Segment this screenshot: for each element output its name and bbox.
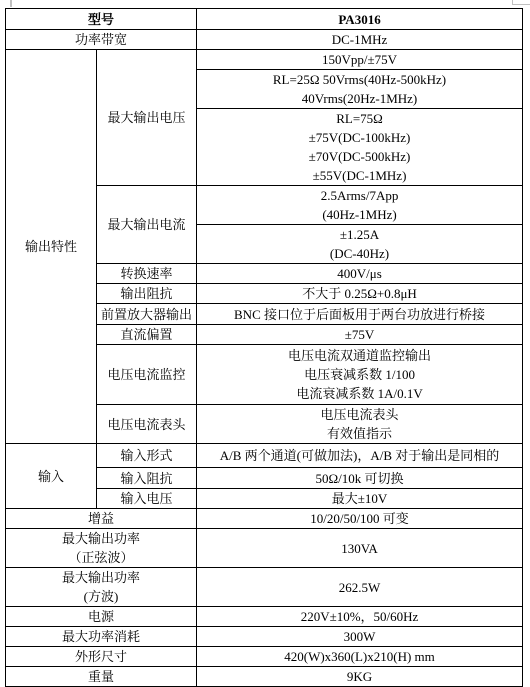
bandwidth-label-cell: 功率带宽 — [6, 30, 197, 50]
output-impedance-value-cell: 不大于 0.25Ω+0.8μH — [197, 284, 523, 304]
row-gain: 增益 10/20/50/100 可变 — [6, 509, 523, 529]
weight-value-cell: 9KG — [197, 667, 523, 687]
monitor-value-cell: 电压电流双通道监控输出 电压衰减系数 1/100 电流衰减系数 1A/0.1V — [197, 345, 523, 405]
max-power-square-label-cell: 最大输出功率 (方波) — [6, 568, 197, 607]
max-current-label-cell: 最大输出电流 — [97, 186, 197, 264]
row-model: 型号 PA3016 — [6, 9, 523, 30]
max-consumption-label-cell: 最大功率消耗 — [6, 627, 197, 647]
slew-rate-label-cell: 转换速率 — [97, 264, 197, 284]
dimensions-label-cell: 外形尺寸 — [6, 647, 197, 667]
max-voltage-value1-cell: 150Vpp/±75V — [197, 50, 523, 70]
input-group-cell: 输入 — [6, 444, 97, 509]
max-voltage-label-cell: 最大输出电压 — [97, 50, 197, 186]
input-form-label-cell: 输入形式 — [97, 444, 197, 468]
max-voltage-value2-cell: RL=25Ω 50Vrms(40Hz-500kHz) 40Vrms(20Hz-1… — [197, 70, 523, 109]
input-impedance-label-cell: 输入阻抗 — [97, 468, 197, 489]
row-max-consumption: 最大功率消耗 300W — [6, 627, 523, 647]
dc-offset-value-cell: ±75V — [197, 325, 523, 345]
max-power-sine-value-cell: 130VA — [197, 529, 523, 568]
monitor-label-cell: 电压电流监控 — [97, 345, 197, 405]
meter-value-cell: 电压电流表头 有效值指示 — [197, 405, 523, 444]
gain-label-cell: 增益 — [6, 509, 197, 529]
power-supply-label-cell: 电源 — [6, 607, 197, 627]
max-current-value1-cell: 2.5Arms/7App (40Hz-1MHz) — [197, 186, 523, 225]
dc-offset-label-cell: 直流偏置 — [97, 325, 197, 345]
row-dimensions: 外形尺寸 420(W)x360(L)x210(H) mm — [6, 647, 523, 667]
weight-label-cell: 重量 — [6, 667, 197, 687]
output-group-cell: 输出特性 — [6, 50, 97, 444]
row-weight: 重量 9KG — [6, 667, 523, 687]
row-input-form: 输入 输入形式 A/B 两个通道(可做加法)，A/B 对于输出是同相的 — [6, 444, 523, 468]
grid-artifact-top-right-horizontal — [512, 4, 530, 5]
input-voltage-value-cell: 最大±10V — [197, 489, 523, 509]
preamp-output-label-cell: 前置放大器输出 — [97, 304, 197, 325]
bandwidth-value-cell: DC-1MHz — [197, 30, 523, 50]
input-form-value-cell: A/B 两个通道(可做加法)，A/B 对于输出是同相的 — [197, 444, 523, 468]
model-value-cell: PA3016 — [197, 9, 523, 30]
max-consumption-value-cell: 300W — [197, 627, 523, 647]
max-voltage-value3-cell: RL=75Ω ±75V(DC-100kHz) ±70V(DC-500kHz) ±… — [197, 109, 523, 186]
gain-value-cell: 10/20/50/100 可变 — [197, 509, 523, 529]
max-power-square-value-cell: 262.5W — [197, 568, 523, 607]
max-current-value2-cell: ±1.25A (DC-40Hz) — [197, 225, 523, 264]
row-bandwidth: 功率带宽 DC-1MHz — [6, 30, 523, 50]
max-power-sine-label-cell: 最大输出功率 （正弦波） — [6, 529, 197, 568]
row-max-power-sine: 最大输出功率 （正弦波） 130VA — [6, 529, 523, 568]
preamp-output-value-cell: BNC 接口位于后面板用于两台功放进行桥接 — [197, 304, 523, 325]
slew-rate-value-cell: 400V/μs — [197, 264, 523, 284]
dimensions-value-cell: 420(W)x360(L)x210(H) mm — [197, 647, 523, 667]
spec-table: 型号 PA3016 功率带宽 DC-1MHz 输出特性 最大输出电压 150Vp… — [5, 8, 523, 687]
meter-label-cell: 电压电流表头 — [97, 405, 197, 444]
input-voltage-label-cell: 输入电压 — [97, 489, 197, 509]
grid-artifact-top-left — [10, 0, 12, 7]
row-max-voltage-1: 输出特性 最大输出电压 150Vpp/±75V — [6, 50, 523, 70]
power-supply-value-cell: 220V±10%，50/60Hz — [197, 607, 523, 627]
row-power-supply: 电源 220V±10%，50/60Hz — [6, 607, 523, 627]
row-max-power-square: 最大输出功率 (方波) 262.5W — [6, 568, 523, 607]
input-impedance-value-cell: 50Ω/10k 可切换 — [197, 468, 523, 489]
output-impedance-label-cell: 输出阻抗 — [97, 284, 197, 304]
model-label-cell: 型号 — [6, 9, 197, 30]
